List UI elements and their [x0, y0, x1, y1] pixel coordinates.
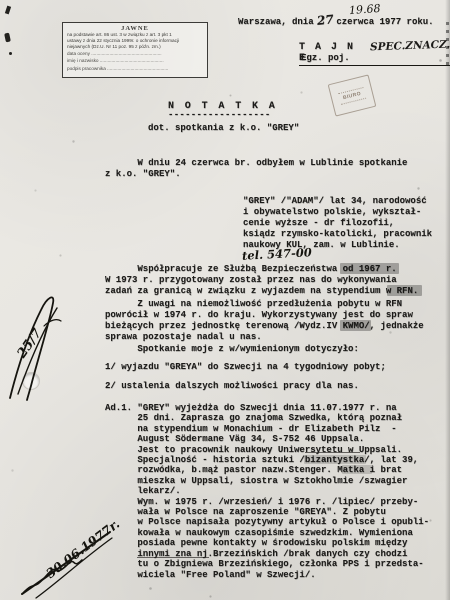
- dateline: Warszawa, dnia 27 czerwca 1977 roku.: [238, 15, 434, 28]
- marker-smudge: [340, 320, 371, 331]
- office-stamp: BIURO: [328, 74, 377, 116]
- title-underline: ------------------: [168, 110, 271, 121]
- list-item: 2/ ustalenia dalszych możliwości pracy d…: [105, 381, 359, 392]
- declassification-field: podpis pracownika ......................…: [67, 65, 203, 72]
- marker-smudge: [342, 465, 372, 474]
- scan-speck: [5, 6, 11, 15]
- handwritten-phone: tel. 547-00: [242, 245, 312, 263]
- dateline-prefix: Warszawa, dnia: [238, 17, 314, 28]
- paragraph-intro: W dniu 24 czerwca br. odbyłem w Lublinie…: [105, 158, 407, 180]
- marker-smudge: [304, 455, 366, 464]
- declassification-stamp-box: JAWNE na podstawie art. 86 ust. 3 w zwią…: [62, 22, 208, 78]
- document-page: 19.68 Warszawa, dnia 27 czerwca 1977 rok…: [0, 0, 450, 600]
- classification-handwritten: SPEC.ZNACZ.: [370, 39, 450, 54]
- handwritten-day: 27: [316, 14, 334, 27]
- list-item: 1/ wyjazdu "GREYA" do Szwecji na 4 tygod…: [105, 362, 386, 373]
- copy-info: Egz. poj.: [301, 53, 350, 64]
- scan-edge-shadow: [445, 0, 450, 600]
- declassification-field: imię i nazwisko ........................…: [67, 57, 203, 64]
- declassification-title: JAWNE: [67, 25, 203, 32]
- marker-smudge: [387, 285, 422, 296]
- source-profile-block: "GREY" /"ADAM"/ lat 34, narodowość i oby…: [243, 196, 432, 251]
- declassification-field: data oceny .............................…: [67, 50, 203, 57]
- paragraph-meeting-topics: Spotkanie moje z w/wymienionym dotyczyło…: [105, 344, 359, 355]
- scan-noise: [0, 0, 1, 1]
- dateline-suffix: czerwca 1977 roku.: [336, 17, 433, 28]
- handwritten-signature: [18, 520, 158, 600]
- paragraph-return: Z uwagi na niemożliwość przedłużenia pob…: [105, 299, 424, 343]
- document-subject: dot. spotkania z k.o. "GREY": [148, 123, 299, 134]
- scan-speck: [4, 33, 11, 43]
- pencil-underline: [305, 452, 360, 453]
- marker-smudge: [340, 263, 399, 274]
- scan-speck: [9, 52, 12, 55]
